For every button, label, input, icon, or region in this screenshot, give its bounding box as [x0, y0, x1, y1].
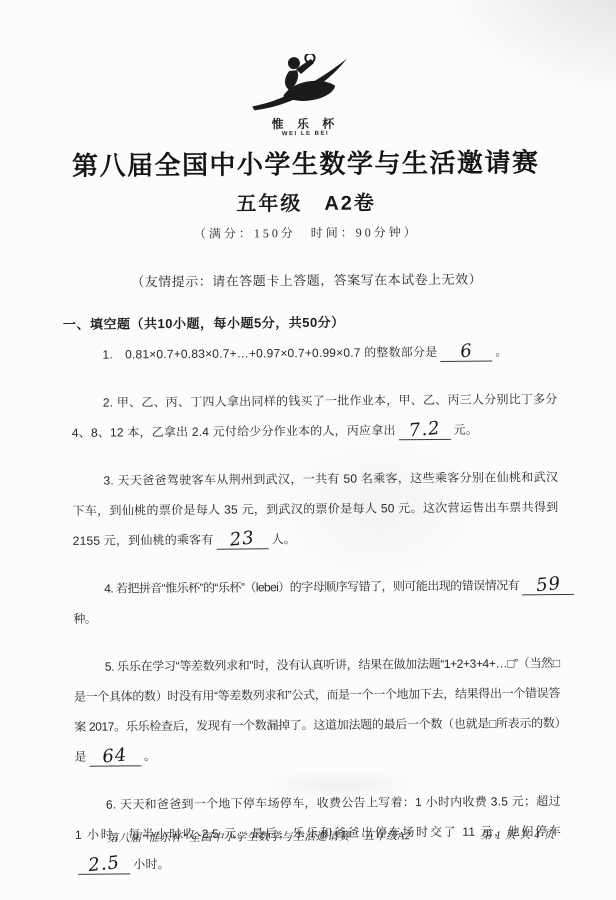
handwritten-answer-5: 64: [102, 745, 129, 767]
answer-blank: 6: [440, 341, 492, 362]
page-title: 第八届全国中小学生数学与生活邀请赛: [0, 142, 614, 184]
question-3-suffix: 人。: [271, 532, 296, 546]
question-1-text: 1. 0.81×0.7+0.83×0.7+…+0.97×0.7+0.99×0.7…: [102, 345, 437, 362]
handwritten-answer-6: 2.5: [88, 853, 121, 876]
footer-contest-name: 第八届“惟乐杯”全国中小学生数学与生活邀请赛: [107, 828, 363, 846]
question-1-suffix: 。: [495, 344, 507, 358]
answer-blank: 23: [216, 528, 268, 549]
answer-blank: 64: [89, 745, 141, 766]
question-list: 1. 0.81×0.7+0.83×0.7+…+0.97×0.7+0.99×0.7…: [71, 336, 561, 880]
question-5-suffix: 。: [144, 749, 156, 763]
question-6-suffix: 小时。: [133, 857, 170, 871]
question-4-text: 4. 若把拼音“惟乐杯”的“乐杯”（lebei）的字母顺序写错了，则可能出现的错…: [104, 578, 519, 595]
friendly-notice: （友情提示：请在答题卡上答题，答案写在本试卷上无效）: [0, 268, 615, 292]
question-2-text: 2. 甲、乙、丙、丁四人拿出同样的钱买了一批作业本，甲、乙、丙三人分别比丁多分 …: [72, 392, 558, 440]
scanned-exam-page: 惟 乐 杯 WEI LE BEI 第八届全国中小学生数学与生活邀请赛 五年级 A…: [0, 0, 616, 900]
handwritten-answer-1: 6: [459, 341, 473, 362]
handwritten-answer-2: 7.2: [408, 419, 441, 442]
wlb-cup-logo-icon: [249, 99, 361, 117]
question-4: 4. 若把拼音“惟乐杯”的“乐杯”（lebei）的字母顺序写错了，则可能出现的错…: [73, 570, 577, 634]
answer-blank: 59: [522, 574, 574, 595]
handwritten-answer-3: 23: [229, 528, 256, 550]
question-2: 2. 甲、乙、丙、丁四人拿出同样的钱买了一批作业本，甲、乙、丙三人分别比丁多分 …: [72, 384, 558, 448]
answer-blank: 7.2: [399, 419, 451, 440]
question-3-text: 3. 天天爸爸驾驶客车从荆州到武汉，一共有 50 名乘客，这些乘客分别在仙桃和武…: [72, 470, 558, 548]
question-5: 5. 乐乐在学习“等差数列求和”时，没有认真听讲，结果在做加法题“1+2+3+4…: [74, 648, 561, 772]
question-2-suffix: 元。: [454, 423, 479, 437]
answer-blank: 2.5: [78, 853, 130, 874]
page-content: 惟 乐 杯 WEI LE BEI 第八届全国中小学生数学与生活邀请赛 五年级 A…: [0, 0, 616, 900]
question-1: 1. 0.81×0.7+0.83×0.7+…+0.97×0.7+0.99×0.7…: [71, 336, 557, 370]
question-4-suffix: 种。: [73, 612, 96, 626]
question-3: 3. 天天爸爸驾驶客车从荆州到武汉，一共有 50 名乘客，这些乘客分别在仙桃和武…: [72, 462, 559, 556]
footer-page-number: 第 1 页 共 4 页: [481, 826, 555, 843]
logo-block: 惟 乐 杯 WEI LE BEI: [0, 0, 614, 139]
handwritten-answer-4: 59: [535, 574, 562, 596]
grade-paper-subtitle: 五年级 A2卷: [0, 185, 614, 219]
section-heading-fill-blanks: 一、填空题（共10小题，每小题5分，共50分）: [63, 310, 615, 333]
footer-paper-label: 五年级A2: [363, 827, 411, 843]
question-5-text: 5. 乐乐在学习“等差数列求和”时，没有认真听讲，结果在做加法题“1+2+3+4…: [74, 656, 560, 764]
score-time-line: （满分：150分 时间：90分钟）: [0, 222, 614, 244]
